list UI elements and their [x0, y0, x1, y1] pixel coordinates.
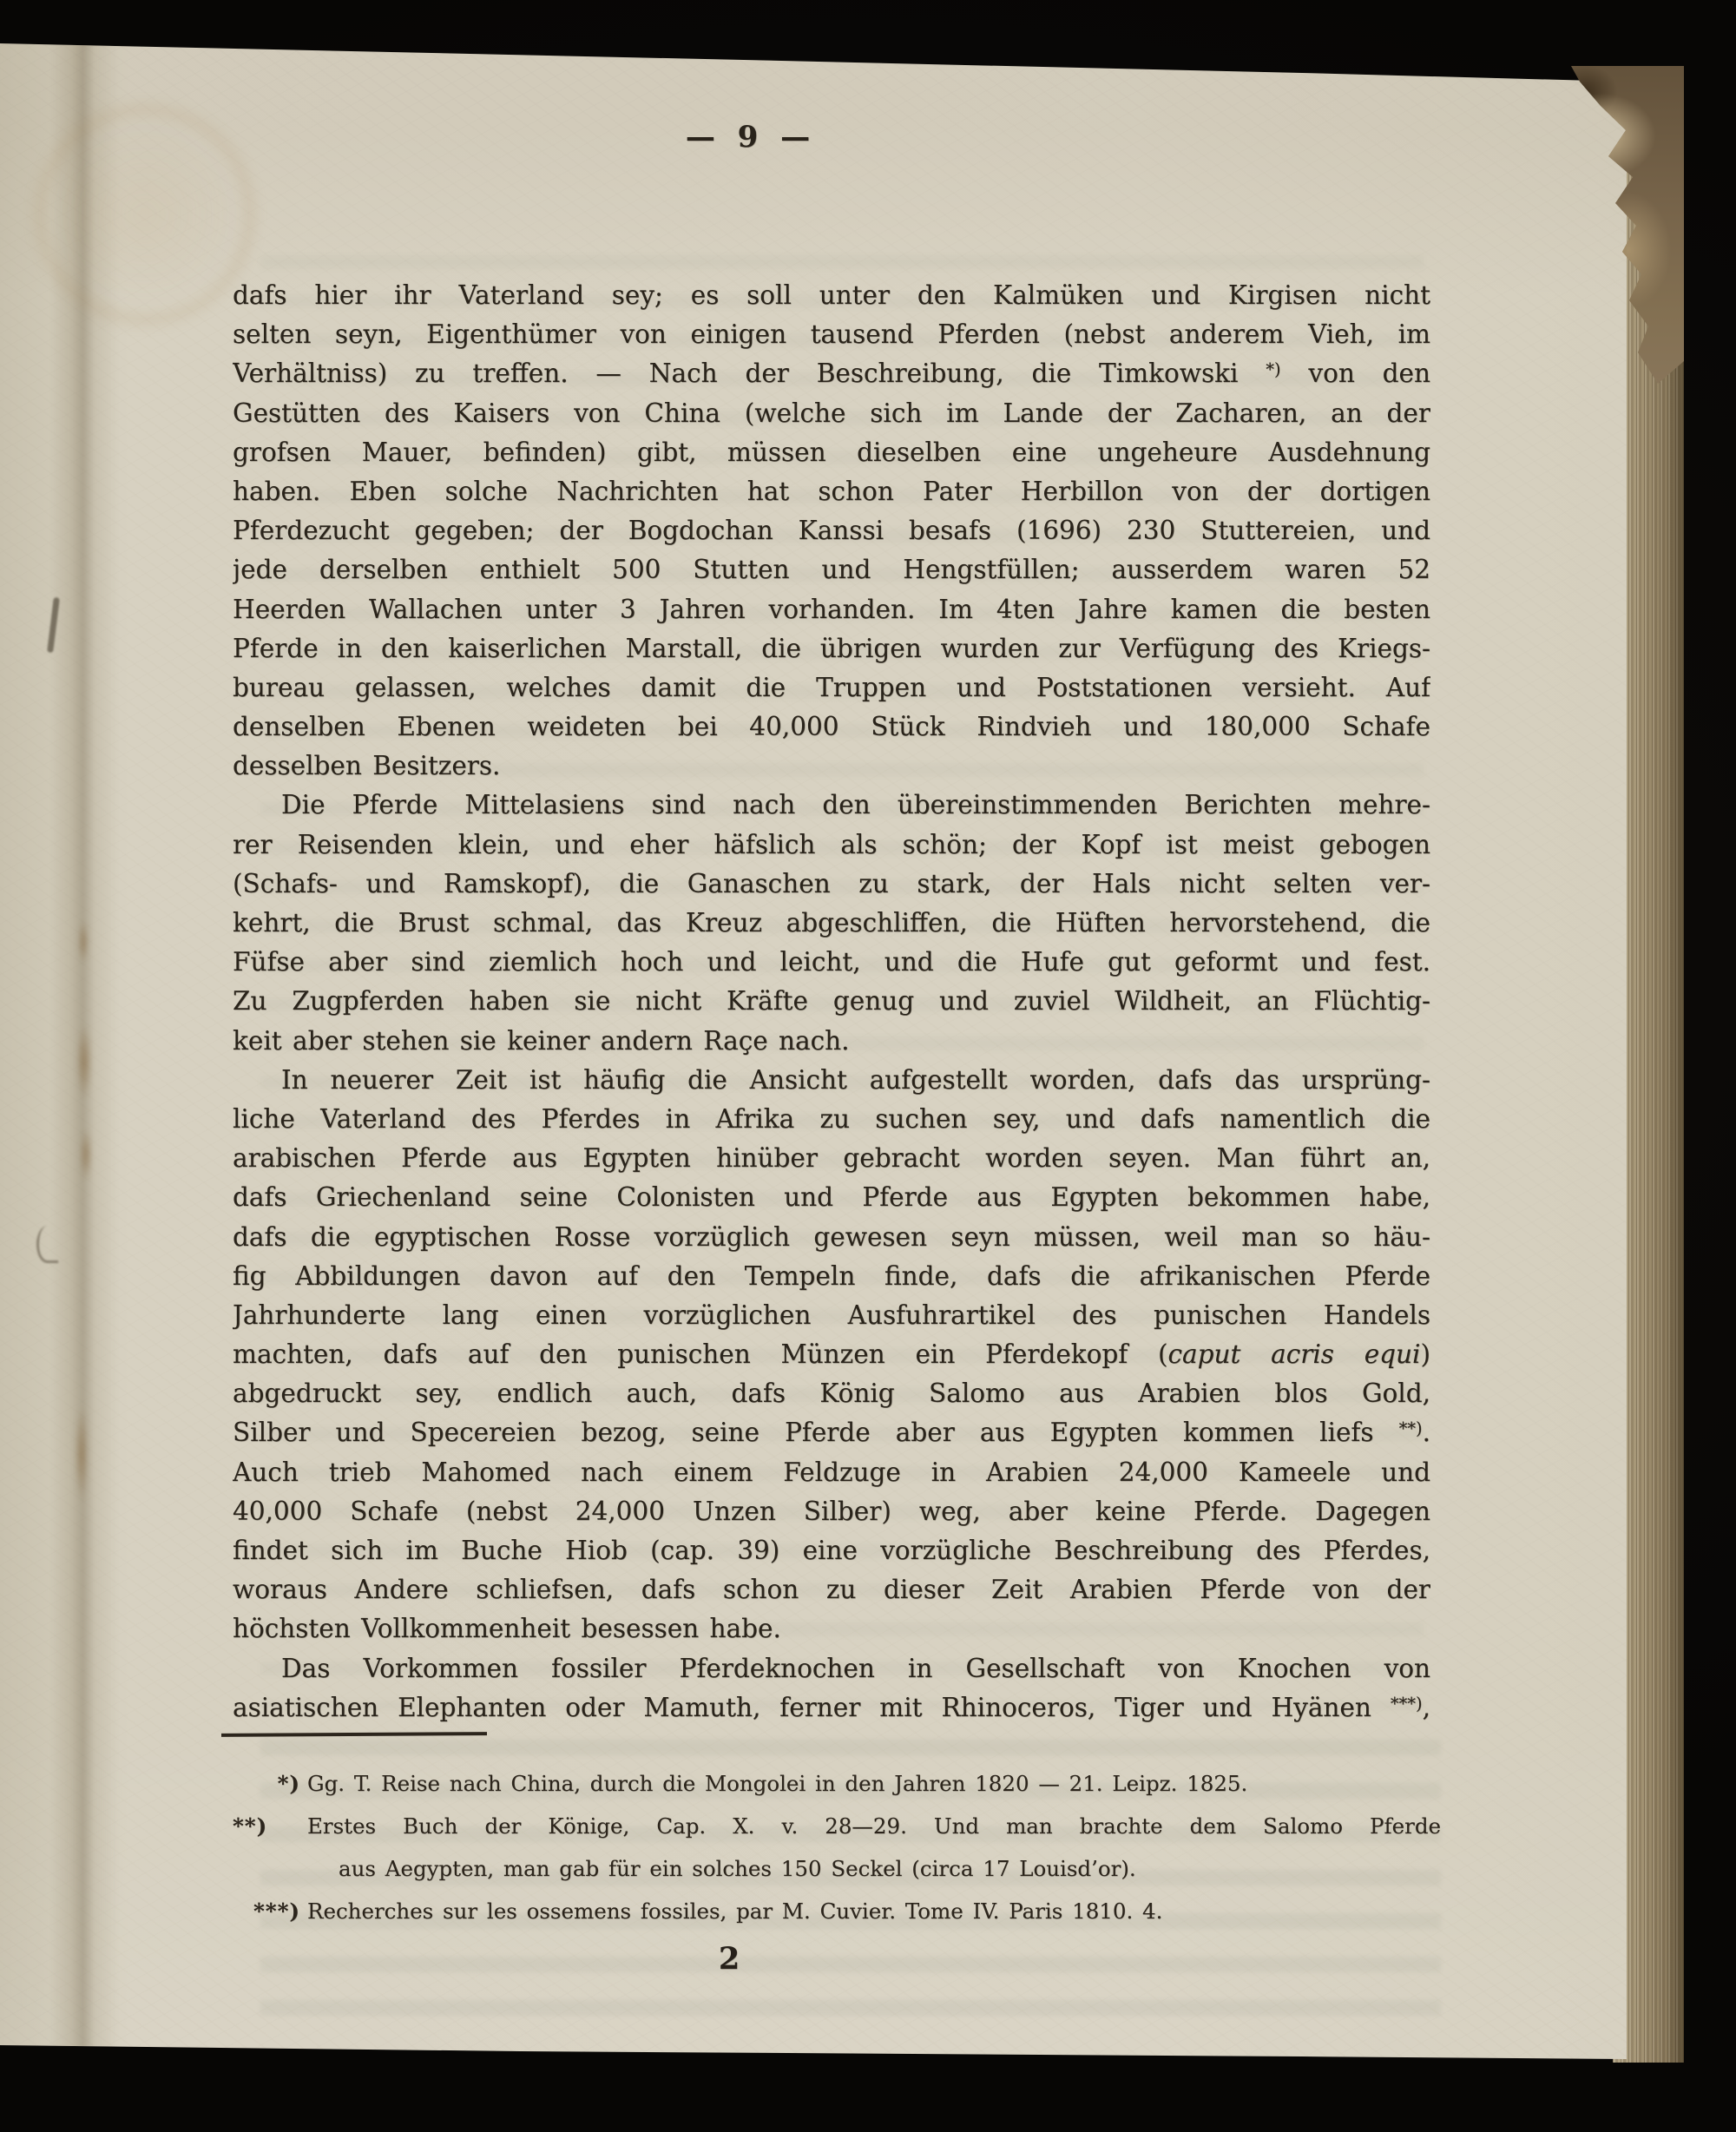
footnote-reference-marker: ***): [1391, 1694, 1423, 1714]
footnote-line: aus Aegypten, man gab für ein solches 15…: [233, 1847, 1441, 1890]
body-line: Pferdezucht gegeben; der Bogdochan Kanss…: [233, 511, 1430, 550]
body-line: Silber und Specereien bezog, seine Pferd…: [233, 1413, 1430, 1452]
footnote-line: **)Erstes Buch der Könige, Cap. X. v. 28…: [233, 1805, 1441, 1847]
body-line: Auch trieb Mahomed nach einem Feldzuge i…: [233, 1453, 1430, 1492]
scan-background: — 9 — dafs hier ihr Vaterland sey; es so…: [0, 0, 1736, 2132]
body-line: dafs Griechenland seine Colonisten und P…: [233, 1178, 1430, 1217]
footnote-marker: **): [233, 1805, 300, 1847]
page-number: — 9 —: [234, 120, 1267, 155]
body-line: kehrt, die Brust schmal, das Kreuz abges…: [233, 904, 1430, 943]
body-line: keit aber stehen sie keiner andern Raçe …: [233, 1022, 1430, 1061]
body-line: findet sich im Buche Hiob (cap. 39) eine…: [233, 1531, 1430, 1570]
body-line: arabischen Pferde aus Egypten hinüber ge…: [233, 1139, 1430, 1178]
footnote-separator: [221, 1732, 487, 1737]
book-page: — 9 — dafs hier ihr Vaterland sey; es so…: [0, 0, 1627, 2132]
body-line: rer Reisenden klein, und eher häfslich a…: [233, 826, 1430, 865]
body-line: Gestütten des Kaisers von China (welche …: [233, 394, 1430, 433]
body-line: abgedruckt sey, endlich auch, dafs König…: [233, 1374, 1430, 1413]
body-line: (Schafs- und Ramskopf), die Ganaschen zu…: [233, 865, 1430, 904]
gutter-stain: [78, 920, 89, 964]
body-line: woraus Andere schliefsen, dafs schon zu …: [233, 1570, 1430, 1609]
body-line: haben. Eben solche Nachrichten hat schon…: [233, 472, 1430, 511]
paper-stain: [35, 104, 255, 325]
body-line: dafs die egyptischen Rosse vorzüglich ge…: [233, 1218, 1430, 1257]
margin-mark: [36, 1226, 58, 1263]
body-line: asiatischen Elephanten oder Mamuth, fern…: [233, 1688, 1430, 1727]
body-line: Pferde in den kaiserlichen Marstall, die…: [233, 629, 1430, 668]
body-line: In neuerer Zeit ist häufig die Ansicht a…: [233, 1061, 1430, 1100]
body-line: selten seyn, Eigenthümer von einigen tau…: [233, 315, 1430, 354]
body-line: höchsten Vollkommenheit besessen habe.: [233, 1609, 1430, 1648]
body-line: 40,000 Schafe (nebst 24,000 Unzen Silber…: [233, 1492, 1430, 1531]
body-line: Die Pferde Mittelasiens sind nach den üb…: [233, 786, 1430, 825]
body-line: bureau gelassen, welches damit die Trupp…: [233, 668, 1430, 707]
footnote-line: *)Gg. T. Reise nach China, durch die Mon…: [233, 1762, 1441, 1805]
body-line: Füfse aber sind ziemlich hoch und leicht…: [233, 943, 1430, 982]
body-line: jede derselben enthielt 500 Stutten und …: [233, 550, 1430, 589]
signature-mark: 2: [693, 1941, 766, 1977]
body-line: desselben Besitzers.: [233, 747, 1430, 786]
gutter-stain: [80, 1129, 92, 1181]
footnote-reference-marker: **): [1399, 1418, 1423, 1438]
body-line: grofsen Mauer, befinden) gibt, müssen di…: [233, 433, 1430, 472]
body-line: machten, dafs auf den punischen Münzen e…: [233, 1335, 1430, 1374]
body-line: fig Abbildungen davon auf den Tempeln fi…: [233, 1257, 1430, 1296]
footnote-marker: *): [233, 1762, 300, 1805]
body-line: Jahrhunderte lang einen vorzüglichen Aus…: [233, 1296, 1430, 1335]
body-line: Heerden Wallachen unter 3 Jahren vorhand…: [233, 590, 1430, 629]
footnotes: *)Gg. T. Reise nach China, durch die Mon…: [233, 1762, 1441, 1932]
body-line: dafs hier ihr Vaterland sey; es soll unt…: [233, 276, 1430, 315]
footnote-reference-marker: *): [1266, 359, 1280, 379]
gutter-stain: [75, 1406, 89, 1502]
footnote-marker: ***): [233, 1890, 300, 1932]
body-line: Zu Zugpferden haben sie nicht Kräfte gen…: [233, 982, 1430, 1021]
body-line: Verhältniss) zu treffen. — Nach der Besc…: [233, 354, 1430, 393]
body-line: Das Vorkommen fossiler Pferdeknochen in …: [233, 1649, 1430, 1688]
body-line: liche Vaterland des Pferdes in Afrika zu…: [233, 1100, 1430, 1139]
gutter-stain: [76, 1024, 92, 1099]
footnote-line: ***)Recherches sur les ossemens fossiles…: [233, 1890, 1441, 1932]
body-line: denselben Ebenen weideten bei 40,000 Stü…: [233, 707, 1430, 747]
body-text: dafs hier ihr Vaterland sey; es soll unt…: [233, 276, 1430, 1727]
